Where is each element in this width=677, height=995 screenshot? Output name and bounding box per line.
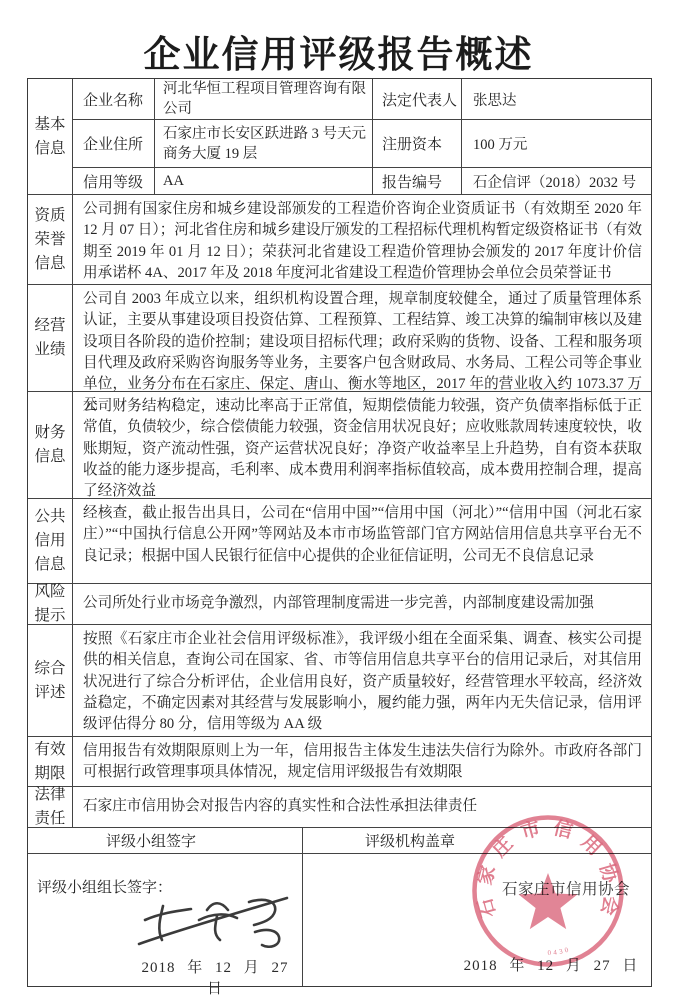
field-value-credit-grade: AA xyxy=(155,168,373,194)
seal-code-text: 0430 xyxy=(547,945,571,957)
official-seal: 石家庄市信用协会 0430 xyxy=(469,812,627,970)
field-label-address: 企业住所 xyxy=(73,120,155,167)
row-label-financial-info: 财务信息 xyxy=(28,392,73,498)
row-label-text: 资质荣誉信息 xyxy=(33,204,67,276)
section-text-qualification-honors: 公司拥有国家住房和城乡建设部颁发的工程造价咨询企业资质证书（有效期至 2020 … xyxy=(73,195,651,284)
team-signature-cell: 评级小组组长签字： 2018 年 12 月 27 日 xyxy=(28,854,303,986)
field-label-credit-grade: 信用等级 xyxy=(73,168,155,194)
section-text-public-credit-info: 经核查，截止报告出具日，公司在“信用中国”“信用中国（河北）”“信用中国（河北石… xyxy=(73,499,651,583)
field-label-registered-capital: 注册资本 xyxy=(373,120,462,167)
row-label-basic-info: 基本信息 xyxy=(28,79,73,194)
row-label-text: 法律责任 xyxy=(33,783,67,831)
field-value-report-number: 石企信评（2018）2032 号 xyxy=(462,168,651,194)
row-label-qualification-honors: 资质荣誉信息 xyxy=(28,195,73,284)
section-text-financial-info: 公司财务结构稳定，速动比率高于正常值，短期偿债能力较强，资产负债率指标低于正常值… xyxy=(73,392,651,498)
row-label-text: 经营业绩 xyxy=(33,314,67,362)
row-label-text: 综合评述 xyxy=(33,657,67,705)
handwritten-signature xyxy=(133,892,293,952)
team-signature-date: 2018 年 12 月 27 日 xyxy=(130,956,300,995)
section-text-risk-warning: 公司所处行业市场竞争激烈，内部管理制度需进一步完善，内部制度建设需加强 xyxy=(73,584,651,624)
row-label-business-performance: 经营业绩 xyxy=(28,285,73,391)
field-label-legal-rep: 法定代表人 xyxy=(373,79,462,119)
row-label-text: 财务信息 xyxy=(33,421,67,469)
basic-row-address: 企业住所 石家庄市长安区跃进路 3 号天元商务大厦 19 层 注册资本 100 … xyxy=(73,119,651,167)
table-row-basic-info: 基本信息 企业名称 河北华恒工程项目管理咨询有限公司 法定代表人 张思达 企业住… xyxy=(28,79,651,194)
row-label-public-credit-info: 公共信用信息 xyxy=(28,499,73,583)
field-label-report-number: 报告编号 xyxy=(373,168,462,194)
seal-star-icon xyxy=(519,873,578,929)
field-value-registered-capital: 100 万元 xyxy=(462,120,651,167)
section-text-validity-period: 信用报告有效期限原则上为一年，信用报告主体发生违法失信行为除外。市政府各部门可根… xyxy=(73,737,651,786)
basic-info-grid: 企业名称 河北华恒工程项目管理咨询有限公司 法定代表人 张思达 企业住所 石家庄… xyxy=(73,79,651,194)
basic-row-credit-grade: 信用等级 AA 报告编号 石企信评（2018）2032 号 xyxy=(73,167,651,194)
row-label-validity-period: 有效期限 xyxy=(28,737,73,786)
table-row-financial-info: 财务信息 公司财务结构稳定，速动比率高于正常值，短期偿债能力较强，资产负债率指标… xyxy=(28,391,651,498)
field-label-company-name: 企业名称 xyxy=(73,79,155,119)
table-row-comprehensive-review: 综合评述 按照《石家庄市企业社会信用评级标准》，我评级小组在全面采集、调查、核实… xyxy=(28,624,651,736)
field-value-company-name: 河北华恒工程项目管理咨询有限公司 xyxy=(155,79,373,119)
field-value-legal-rep: 张思达 xyxy=(462,79,651,119)
row-label-text: 公共信用信息 xyxy=(33,505,67,577)
page-title: 企业信用评级报告概述 xyxy=(0,24,677,78)
table-row-public-credit-info: 公共信用信息 经核查，截止报告出具日，公司在“信用中国”“信用中国（河北）”“信… xyxy=(28,498,651,583)
report-page: 企业信用评级报告概述 基本信息 企业名称 河北华恒工程项目管理咨询有限公司 法定… xyxy=(0,0,677,995)
team-signature-header: 评级小组签字 xyxy=(28,828,303,853)
basic-row-company-name: 企业名称 河北华恒工程项目管理咨询有限公司 法定代表人 张思达 xyxy=(73,79,651,119)
field-value-address: 石家庄市长安区跃进路 3 号天元商务大厦 19 层 xyxy=(155,120,373,167)
row-label-legal-responsibility: 法律责任 xyxy=(28,787,73,827)
row-label-text: 有效期限 xyxy=(33,738,67,786)
row-label-risk-warning: 风险提示 xyxy=(28,584,73,624)
row-label-comprehensive-review: 综合评述 xyxy=(28,625,73,736)
table-row-risk-warning: 风险提示 公司所处行业市场竞争激烈，内部管理制度需进一步完善，内部制度建设需加强 xyxy=(28,583,651,624)
svg-text:0430: 0430 xyxy=(547,945,571,957)
table-row-business-performance: 经营业绩 公司自 2003 年成立以来，组织机构设置合理，规章制度较健全，通过了… xyxy=(28,284,651,391)
section-text-comprehensive-review: 按照《石家庄市企业社会信用评级标准》，我评级小组在全面采集、调查、核实公司提供的… xyxy=(73,625,651,736)
table-row-qualification-honors: 资质荣誉信息 公司拥有国家住房和城乡建设部颁发的工程造价咨询企业资质证书（有效期… xyxy=(28,194,651,284)
row-label-text: 基本信息 xyxy=(33,113,67,161)
section-text-business-performance: 公司自 2003 年成立以来，组织机构设置合理，规章制度较健全，通过了质量管理体… xyxy=(73,285,651,391)
table-row-validity-period: 有效期限 信用报告有效期限原则上为一年，信用报告主体发生违法失信行为除外。市政府… xyxy=(28,736,651,786)
row-label-text: 风险提示 xyxy=(33,580,67,628)
